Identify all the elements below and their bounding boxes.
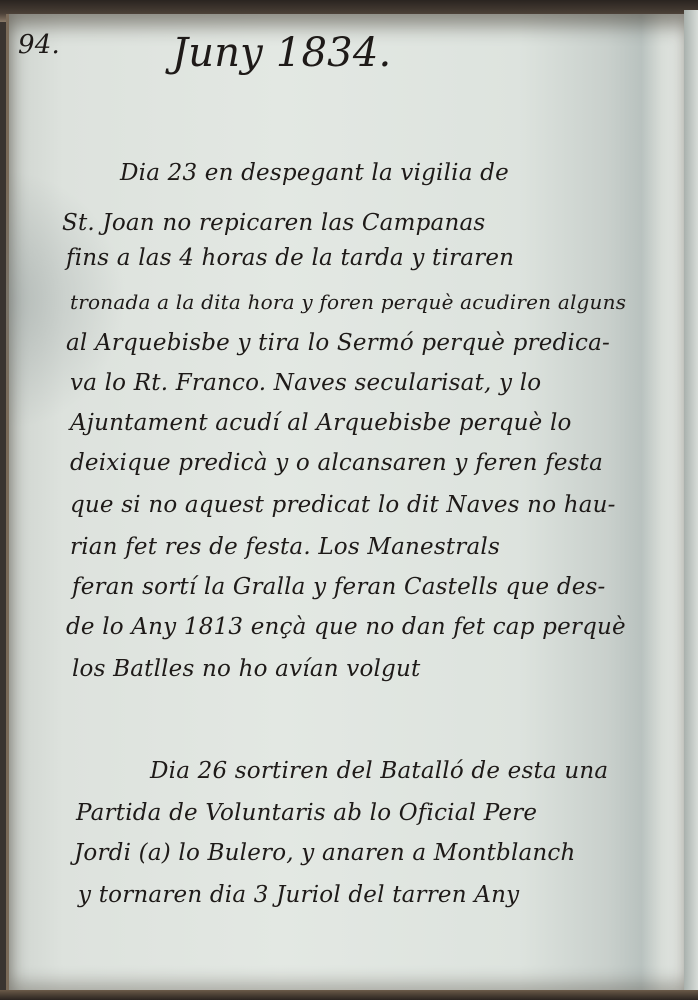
entry-line: de lo Any 1813 ençà que no dan fet cap p… — [66, 614, 626, 640]
entry-line: los Batlles no ho avían volgut — [72, 656, 420, 682]
entry-line: va lo Rt. Franco. Naves secularisat, y l… — [70, 370, 541, 396]
page-bottom-edge — [0, 990, 698, 1000]
entry-line: y tornaren dia 3 Juriol del tarren Any — [78, 882, 519, 908]
folio-number: 94. — [18, 30, 60, 60]
entry-line: St. Joan no repicaren las Campanas — [62, 210, 485, 236]
entry-line: rian fet res de festa. Los Manestrals — [70, 534, 500, 560]
entry-line: fins a las 4 horas de la tarda y tiraren — [66, 245, 514, 271]
entry-line: Jordi (a) lo Bulero, y anaren a Montblan… — [74, 840, 576, 866]
entry-line: tronada a la dita hora y foren perquè ac… — [70, 290, 626, 314]
entry-line: al Arquebisbe y tira lo Sermó perquè pre… — [66, 330, 610, 356]
entry-line: feran sortí la Gralla y feran Castells q… — [72, 574, 606, 600]
entry-line: Dia 26 sortiren del Batalló de esta una — [150, 758, 608, 784]
entry-line: que si no aquest predicat lo dit Naves n… — [70, 492, 616, 518]
entry-line: Partida de Voluntaris ab lo Oficial Pere — [76, 800, 537, 826]
entry-line: Dia 23 en despegant la vigilia de — [120, 160, 509, 186]
adjacent-page-edge — [684, 10, 698, 1000]
entry-line: Ajuntament acudí al Arquebisbe perquè lo — [70, 410, 572, 436]
entry-line: deixique predicà y o alcansaren y feren … — [70, 450, 603, 476]
page-heading: Juny 1834. — [172, 30, 391, 76]
